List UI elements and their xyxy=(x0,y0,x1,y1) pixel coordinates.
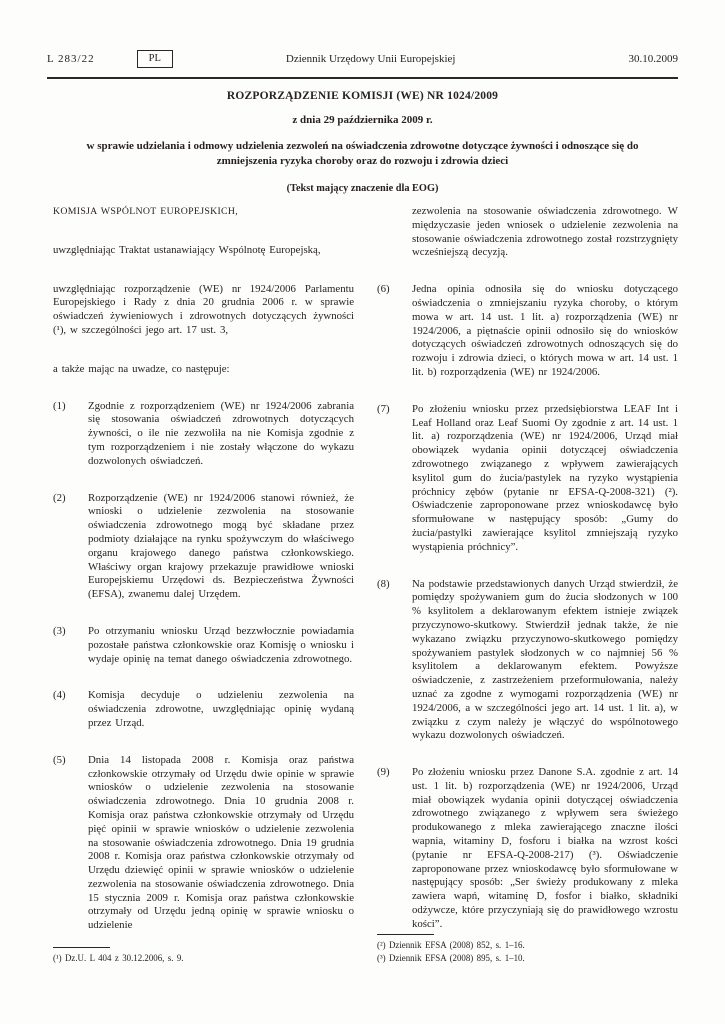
right-footnotes: (²) Dziennik EFSA (2008) 852, s. 1–16. (… xyxy=(377,934,678,964)
recitals-lead-in: a także mając na uwadze, co następuje: xyxy=(53,363,354,377)
footnote-3: (³) Dziennik EFSA (2008) 895, s. 1–10. xyxy=(377,952,678,965)
recital-5-continuation: zezwolenia na stosowanie oświadczenia zd… xyxy=(377,205,678,260)
recital-7: (7) Po złożeniu wniosku przez przedsiębi… xyxy=(377,403,678,555)
citation-treaty: uwzględniając Traktat ustanawiający Wspó… xyxy=(53,244,354,258)
opening-formula: KOMISJA WSPÓLNOT EUROPEJSKICH, xyxy=(53,205,354,219)
recital-text: Dnia 14 listopada 2008 r. Komisja oraz p… xyxy=(88,754,354,933)
footnote-2: (²) Dziennik EFSA (2008) 852, s. 1–16. xyxy=(377,939,678,952)
document-page: L 283/22 PL Dziennik Urzędowy Unii Europ… xyxy=(0,0,725,1024)
language-badge: PL xyxy=(137,50,173,68)
title-block: ROZPORZĄDZENIE KOMISJI (WE) NR 1024/2009… xyxy=(47,90,678,194)
recital-number: (1) xyxy=(53,400,88,469)
recital-text: Na podstawie przedstawionych danych Urzą… xyxy=(412,578,678,744)
recital-3: (3) Po otrzymaniu wniosku Urząd bezzwłoc… xyxy=(53,625,354,666)
page-header: L 283/22 PL Dziennik Urzędowy Unii Europ… xyxy=(47,50,678,79)
recital-8: (8) Na podstawie przedstawionych danych … xyxy=(377,578,678,744)
recital-number: (9) xyxy=(377,766,412,932)
recital-number: (6) xyxy=(377,283,412,380)
regulation-date-line: z dnia 29 października 2009 r. xyxy=(47,114,678,126)
body-columns: KOMISJA WSPÓLNOT EUROPEJSKICH, uwzględni… xyxy=(53,205,678,964)
regulation-title: ROZPORZĄDZENIE KOMISJI (WE) NR 1024/2009 xyxy=(47,90,678,102)
recital-text: Po złożeniu wniosku przez przedsiębiorst… xyxy=(412,403,678,555)
recital-2: (2) Rozporządzenie (WE) nr 1924/2006 sta… xyxy=(53,492,354,602)
recital-text: Po złożeniu wniosku przez Danone S.A. zg… xyxy=(412,766,678,932)
page-number: L 283/22 xyxy=(47,53,95,65)
footnote-separator xyxy=(377,934,434,935)
recital-1: (1) Zgodnie z rozporządzeniem (WE) nr 19… xyxy=(53,400,354,469)
regulation-subject: w sprawie udzielania i odmowy udzielenia… xyxy=(65,139,661,169)
recital-text: Jedna opinia odnosiła się do wniosku dot… xyxy=(412,283,678,380)
recital-text: Po otrzymaniu wniosku Urząd bezzwłocznie… xyxy=(88,625,354,666)
header-date: 30.10.2009 xyxy=(629,53,679,65)
recital-text: Rozporządzenie (WE) nr 1924/2006 stanowi… xyxy=(88,492,354,602)
recital-number: (2) xyxy=(53,492,88,602)
footnote-1: (¹) Dz.U. L 404 z 30.12.2006, s. 9. xyxy=(53,952,354,965)
left-footnotes: (¹) Dz.U. L 404 z 30.12.2006, s. 9. xyxy=(53,947,354,965)
recital-number: (4) xyxy=(53,689,88,730)
left-column: KOMISJA WSPÓLNOT EUROPEJSKICH, uwzględni… xyxy=(53,205,354,964)
journal-title: Dziennik Urzędowy Unii Europejskiej xyxy=(173,53,629,65)
citation-regulation: uwzględniając rozporządzenie (WE) nr 192… xyxy=(53,283,354,338)
recital-text: Zgodnie z rozporządzeniem (WE) nr 1924/2… xyxy=(88,400,354,469)
footnote-separator xyxy=(53,947,110,948)
recital-number: (8) xyxy=(377,578,412,744)
eea-relevance-note: (Tekst mający znaczenie dla EOG) xyxy=(47,183,678,194)
recital-number: (3) xyxy=(53,625,88,666)
recital-9: (9) Po złożeniu wniosku przez Danone S.A… xyxy=(377,766,678,932)
recital-number: (7) xyxy=(377,403,412,555)
recital-number: (5) xyxy=(53,754,88,933)
recital-5: (5) Dnia 14 listopada 2008 r. Komisja or… xyxy=(53,754,354,933)
right-column: zezwolenia na stosowanie oświadczenia zd… xyxy=(377,205,678,964)
recital-4: (4) Komisja decyduje o udzieleniu zezwol… xyxy=(53,689,354,730)
recital-6: (6) Jedna opinia odnosiła się do wniosku… xyxy=(377,283,678,380)
recital-text: Komisja decyduje o udzieleniu zezwolenia… xyxy=(88,689,354,730)
